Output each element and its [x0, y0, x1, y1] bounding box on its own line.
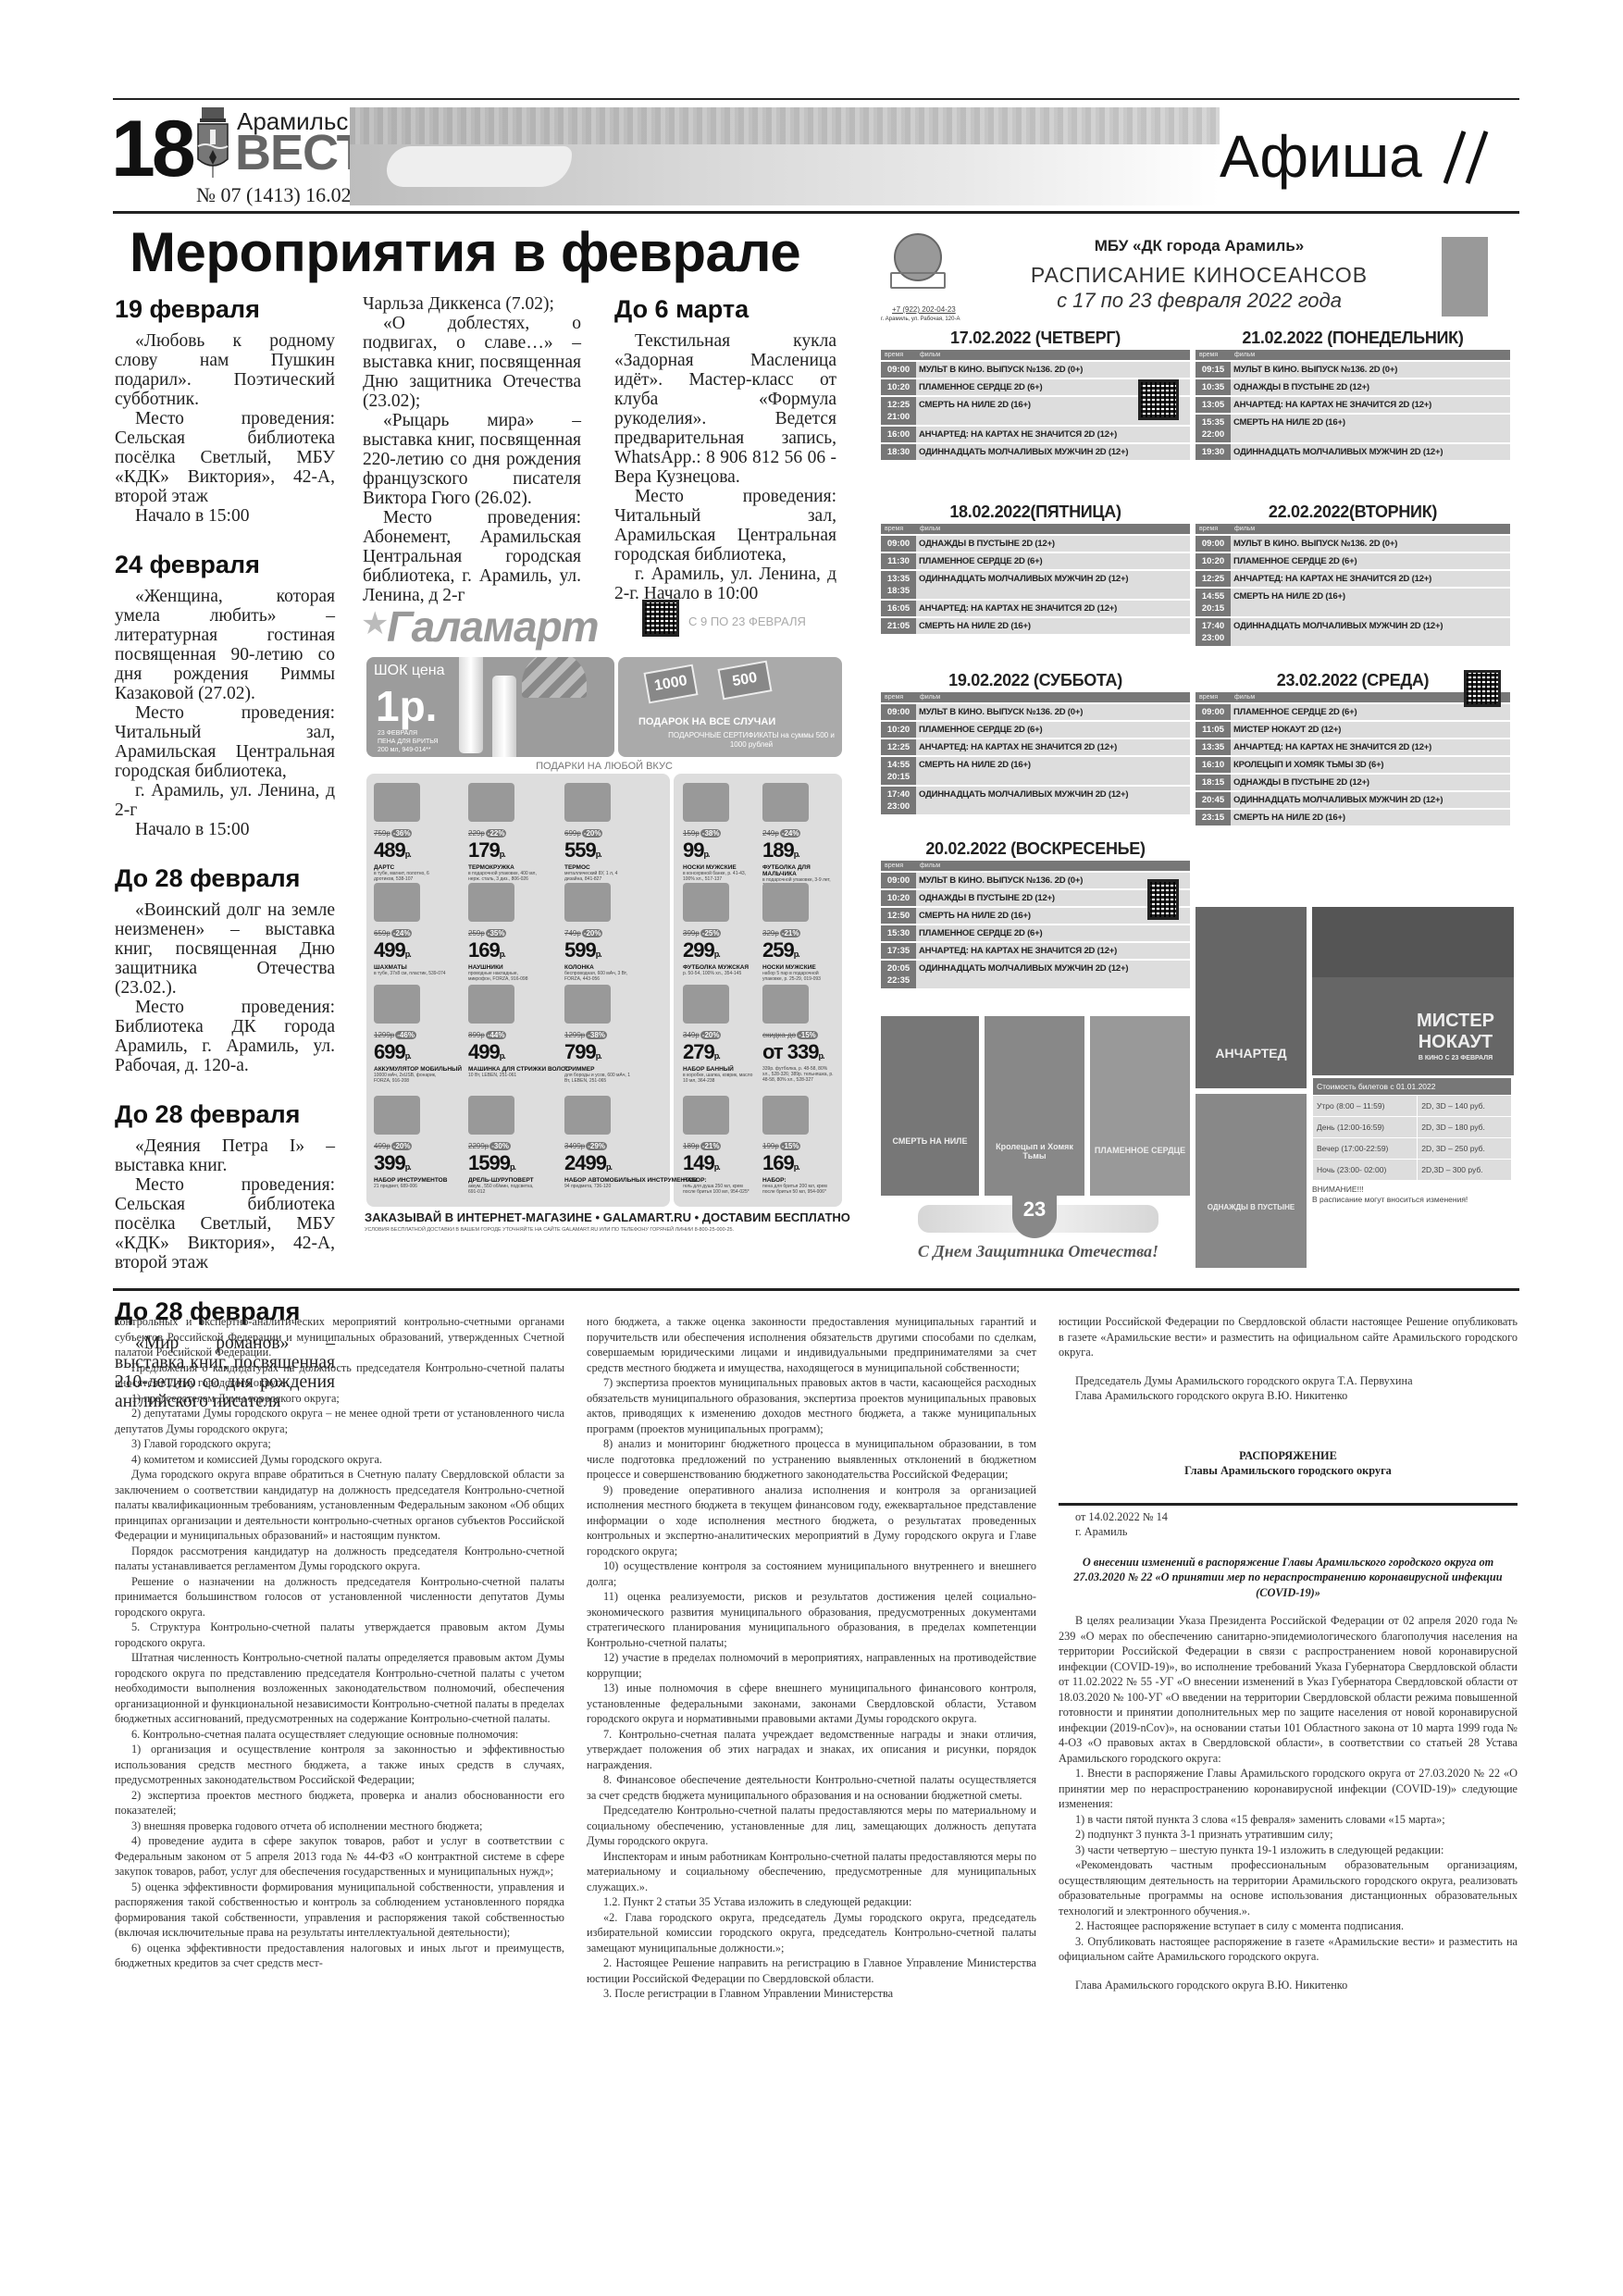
day-title: 18.02.2022(ПЯТНИЦА) [881, 502, 1190, 522]
qr-code-icon [1138, 379, 1179, 420]
product-image [683, 985, 729, 1024]
product-image [762, 783, 809, 822]
discount-badge: -24% [780, 829, 801, 838]
col-film-header: фильм [916, 350, 1190, 360]
discount-badge: -38% [586, 1031, 607, 1039]
product-image [374, 1096, 420, 1135]
day-schedule: 19.02.2022 (СУББОТА)времяфильм09:00МУЛЬТ… [881, 670, 1190, 816]
day-schedule: 20.02.2022 (ВОСКРЕСЕНЬЕ)времяфильм09:00М… [881, 838, 1190, 990]
product-image [762, 1096, 809, 1135]
showtime: 12:25 [1196, 571, 1231, 587]
order-subtitle: Главы Арамильского городского округа [1059, 1463, 1518, 1479]
doc-paragraph: 10) осуществление контроля за состоянием… [587, 1558, 1036, 1589]
day-title: 21.02.2022 (ПОНЕДЕЛЬНИК) [1196, 328, 1510, 348]
doc-paragraph: 4) комитетом и комиссией Думы городского… [115, 1452, 564, 1468]
schedule-row: 11:05МИСТЕР НОКАУТ 2D (12+) [1196, 722, 1510, 738]
showtime: 09:00 [881, 873, 916, 888]
schedule-row: 20:0522:35ОДИННАДЦАТЬ МОЛЧАЛИВЫХ МУЖЧИН … [881, 961, 1190, 988]
schedule-row: 10:20ОДНАЖДЫ В ПУСТЫНЕ 2D (12+) [881, 890, 1190, 906]
schedule-row: 09:00МУЛЬТ В КИНО. ВЫПУСК №136. 2D (0+) [881, 704, 1190, 720]
schedule-row: 12:25АНЧАРТЕД: НА КАРТАХ НЕ ЗНАЧИТСЯ 2D … [881, 739, 1190, 755]
qr-code-icon [642, 600, 679, 637]
page-number: 18 [111, 109, 192, 189]
schedule-row: 10:20ПЛАМЕННОЕ СЕРДЦЕ 2D (6+) [1196, 553, 1510, 569]
film-title: ОДИННАДЦАТЬ МОЛЧАЛИВЫХ МУЖЧИН 2D (12+) [916, 571, 1190, 599]
product-name: ФУТБОЛКА ДЛЯ МАЛЬЧИКА [762, 864, 844, 877]
showtime: 18:15 [1196, 775, 1231, 790]
discount-badge: -21% [780, 929, 801, 937]
product-image [683, 783, 729, 822]
schedule-row: 09:00МУЛЬТ В КИНО. ВЫПУСК №136. 2D (0+) [1196, 536, 1510, 552]
product-price: 699р. [374, 1042, 462, 1066]
showtime: 12:25 [881, 739, 916, 755]
film-title: МУЛЬТ В КИНО. ВЫПУСК №136. 2D (0+) [1231, 362, 1510, 378]
doc-paragraph: 1) организация и осуществление контроля … [115, 1742, 564, 1788]
schedule-row: 16:10КРОЛЕЦЫП И ХОМЯК ТЬМЫ 3D (6+) [1196, 757, 1510, 773]
doc-paragraph: В целях реализации Указа Президента Росс… [1059, 1613, 1518, 1766]
schedule-row: 09:15МУЛЬТ В КИНО. ВЫПУСК №136. 2D (0+) [1196, 362, 1510, 378]
product-item: 159р-38%99р.НОСКИ МУЖСКИЕв консервной ба… [683, 783, 755, 882]
product-name: ДРЕЛЬ-ШУРУПОВЕРТ [468, 1177, 540, 1184]
doc-paragraph: 6) оценка эффективности предоставления н… [115, 1941, 564, 1971]
header-rule [113, 211, 1519, 214]
poster-flaming-heart: ПЛАМЕННОЕ СЕРДЦЕ [1090, 1016, 1190, 1196]
doc-paragraph: 3) внешняя проверка годового отчета об и… [115, 1818, 564, 1834]
product-image [564, 1096, 611, 1135]
event-text: «Любовь к родному слову нам Пушкин подар… [115, 331, 335, 409]
discount-badge: -20% [582, 929, 603, 937]
cinema-address: г. Арамиль, ул. Рабочая, 120-А [881, 316, 960, 322]
product-name: ШАХМАТЫ [374, 964, 446, 971]
doc-paragraph: 2. Настоящее распоряжение вступает в сил… [1059, 1918, 1518, 1934]
doc-paragraph: Инспекторам и иным работникам Контрольно… [587, 1849, 1036, 1895]
product-price: 399р. [374, 1153, 447, 1177]
discount-badge: -20% [700, 1031, 722, 1039]
ticket-prices-table: Стоимость билетов с 01.01.2022 Утро (8:0… [1312, 1077, 1512, 1181]
doc-paragraph: 12) участие в пределах полномочий в меро… [587, 1650, 1036, 1681]
event-text: «О доблестях, о подвигах, о славе…» – вы… [363, 314, 581, 411]
doc-paragraph: 9) проведение оперативного анализа испол… [587, 1483, 1036, 1559]
schedule-row: 10:35ОДНАЖДЫ В ПУСТЫНЕ 2D (12+) [1196, 379, 1510, 395]
product-item: 659р-24%499р.ШАХМАТЫв тубе, 37х8 см, пла… [374, 883, 446, 976]
discount-badge: -15% [780, 1142, 801, 1150]
film-title: АНЧАРТЕД: НА КАРТАХ НЕ ЗНАЧИТСЯ 2D (12+) [1231, 571, 1510, 587]
section-title: Афиша [1220, 122, 1422, 191]
product-item: 759р-36%489р.ДАРТСв тубе, магнит, полотн… [374, 783, 446, 882]
event-text: Чарльза Диккенса (7.02); [363, 294, 581, 314]
day-schedule: 21.02.2022 (ПОНЕДЕЛЬНИК)времяфильм09:15М… [1196, 328, 1510, 462]
old-price: 2299р [468, 1142, 489, 1150]
doc-paragraph: 4) проведение аудита в сфере закупок тов… [115, 1833, 564, 1880]
product-desc: в тубе, магнит, полотно, 6 дротиков, 538… [374, 871, 446, 882]
day-schedule: 23.02.2022 (СРЕДА)времяфильм09:00ПЛАМЕНН… [1196, 670, 1510, 827]
film-title: АНЧАРТЕД: НА КАРТАХ НЕ ЗНАЧИТСЯ 2D (12+) [916, 739, 1190, 755]
doc-paragraph: контрольных и экспертно-аналитических ме… [115, 1314, 564, 1360]
poster-mister-knockout: МИСТЕР НОКАУТВ КИНО С 23 ФЕВРАЛЯ [1312, 977, 1514, 1075]
star-icon: ★ [361, 605, 389, 642]
product-item: 199р-15%169р.НАБОР:пена для бритья 200 м… [762, 1096, 835, 1195]
doc-paragraph: Штатная численность Контрольно-счетной п… [115, 1650, 564, 1727]
product-image [468, 985, 514, 1024]
film-title: СМЕРТЬ НА НИЛЕ 2D (16+) [1231, 810, 1510, 825]
schedule-row: 09:00МУЛЬТ В КИНО. ВЫПУСК №136. 2D (0+) [881, 362, 1190, 378]
product-image [762, 883, 809, 922]
discount-badge: -46% [395, 1031, 416, 1039]
product-item: 499р-20%399р.НАБОР ИНСТРУМЕНТОВ21 предме… [374, 1096, 447, 1189]
showtime: 11:05 [1196, 722, 1231, 738]
events-column-3: До 6 марта Текстильная кукла «Задорная М… [614, 294, 836, 603]
event-item: До 28 февраля «Воинский долг на земле не… [115, 863, 335, 1075]
poster-mult-v-kino [1442, 237, 1488, 316]
order-signature: Глава Арамильского городского округа В.Ю… [1059, 1978, 1518, 1993]
discount-badge: -36% [391, 829, 413, 838]
product-item: 749р-20%599р.КОЛОНКАбеспроводная, 600 мА… [564, 883, 637, 982]
showtime: 20:45 [1196, 792, 1231, 808]
schedule-row: 12:25АНЧАРТЕД: НА КАРТАХ НЕ ЗНАЧИТСЯ 2D … [1196, 571, 1510, 587]
product-item: скидка до-15%от 339р.339р. футболка, р. … [762, 985, 835, 1083]
discount-badge: -29% [586, 1142, 607, 1150]
doc-paragraph: Председателю Контрольно-счетной палаты п… [587, 1803, 1036, 1849]
discount-badge: -25% [700, 929, 722, 937]
schedule-row: 10:20ПЛАМЕННОЕ СЕРДЦЕ 2D (6+) [881, 722, 1190, 738]
showtime: 15:3522:00 [1196, 415, 1231, 442]
film-title: ОДНАЖДЫ В ПУСТЫНЕ 2D (12+) [1231, 379, 1510, 395]
product-item: 1299р-46%699р.АККУМУЛЯТОР МОБИЛЬНЫЙ10000… [374, 985, 462, 1084]
product-desc: в консервной банке, р. 41-43, 100% хл., … [683, 871, 755, 882]
film-title: СМЕРТЬ НА НИЛЕ 2D (16+) [916, 618, 1190, 634]
film-title: ОДИННАДЦАТЬ МОЛЧАЛИВЫХ МУЖЧИН 2D (12+) [1231, 618, 1510, 646]
signature-head: Глава Арамильского городского округа В.Ю… [1059, 1388, 1518, 1404]
col-time-header: время [1196, 350, 1231, 360]
cinema-period: с 17 по 23 февраля 2022 года [881, 289, 1518, 313]
discount-badge: -35% [486, 929, 507, 937]
product-image [468, 1096, 514, 1135]
film-title: ОДИННАДЦАТЬ МОЛЧАЛИВЫХ МУЖЧИН 2D (12+) [916, 444, 1190, 460]
product-image [683, 1096, 729, 1135]
prices-title: Стоимость билетов с 01.01.2022 [1313, 1078, 1511, 1095]
shock-price: 1р. [376, 681, 437, 731]
film-title: АНЧАРТЕД: НА КАРТАХ НЕ ЗНАЧИТСЯ 2D (12+) [1231, 739, 1510, 755]
product-price: 489р. [374, 840, 446, 864]
day-title: 23.02.2022 (СРЕДА) [1196, 670, 1510, 690]
event-address: г. Арамиль, ул. Ленина, д 2-г. Начало в … [614, 565, 836, 603]
doc-paragraph: 7. Контрольно-счетная палата учреждает в… [587, 1727, 1036, 1773]
cinema-title: РАСПИСАНИЕ КИНОСЕАНСОВ [881, 263, 1518, 288]
product-name: ТРИММЕР [564, 1066, 637, 1073]
discount-badge: -20% [391, 1142, 413, 1150]
old-price: 1299р [374, 1031, 394, 1039]
col-time-header: время [881, 524, 916, 534]
showtime: 14:5520:15 [1196, 589, 1231, 616]
film-title: СМЕРТЬ НА НИЛЕ 2D (16+) [916, 757, 1190, 785]
film-title: ОДИННАДЦАТЬ МОЛЧАЛИВЫХ МУЖЧИН 2D (12+) [1231, 792, 1510, 808]
col-time-header: время [1196, 524, 1231, 534]
doc-paragraph: юстиции Российской Федерации по Свердлов… [1059, 1314, 1518, 1360]
doc-paragraph: 3) части четвертую – шестую пункта 19-1 … [1059, 1843, 1518, 1858]
doc-paragraph: 7) экспертиза проектов муниципальных пра… [587, 1375, 1036, 1436]
schedule-row: 13:35АНЧАРТЕД: НА КАРТАХ НЕ ЗНАЧИТСЯ 2D … [1196, 739, 1510, 755]
showtime: 12:2521:00 [881, 397, 916, 425]
discount-badge: -30% [489, 1142, 511, 1150]
showtime: 11:30 [881, 553, 916, 569]
shock-caption: 23 ФЕВРАЛЯ ПЕНА ДЛЯ БРИТЬЯ 200 мл, 949-0… [378, 729, 439, 754]
film-title: АНЧАРТЕД: НА КАРТАХ НЕ ЗНАЧИТСЯ 2D (12+) [916, 943, 1190, 959]
event-venue: Место проведения: Сельская библиотека по… [115, 1175, 335, 1272]
product-name: НОСКИ МУЖСКИЕ [762, 964, 835, 971]
discount-badge: -44% [486, 1031, 507, 1039]
product-item: 229р-22%179р.ТЕРМОКРУЖКАв подарочной упа… [468, 783, 540, 882]
event-date: До 28 февраля [115, 863, 335, 893]
ad-footer: ЗАКАЗЫВАЙ В ИНТЕРНЕТ-МАГАЗИНЕ • GALAMART… [365, 1210, 844, 1224]
event-date: 19 февраля [115, 294, 335, 324]
product-desc: проводные накладные, микрофон, FORZA, 91… [468, 971, 540, 982]
shock-price-banner: ШОК цена 1р. 23 ФЕВРАЛЯ ПЕНА ДЛЯ БРИТЬЯ … [366, 657, 614, 757]
showtime: 10:20 [881, 379, 916, 395]
parachute-image [522, 657, 587, 698]
film-title: ОДИННАДЦАТЬ МОЛЧАЛИВЫХ МУЖЧИН 2D (12+) [916, 961, 1190, 988]
schedule-row: 17:4023:00ОДИННАДЦАТЬ МОЛЧАЛИВЫХ МУЖЧИН … [1196, 618, 1510, 646]
doc-paragraph: 2) экспертиза проектов местного бюджета,… [115, 1788, 564, 1818]
schedule-row: 14:5520:15СМЕРТЬ НА НИЛЕ 2D (16+) [1196, 589, 1510, 616]
showtime: 16:10 [1196, 757, 1231, 773]
doc-paragraph: 13) иные полномочия в сфере внешнего мун… [587, 1681, 1036, 1727]
showtime: 09:00 [881, 704, 916, 720]
doc-paragraph: 1) председателем Думы городского округа; [115, 1391, 564, 1407]
product-desc: беспроводная, 600 мАч, 3 Вт, FORZA, 443-… [564, 971, 637, 982]
cinema-schedule: +7 (922) 202-04-23 г. Арамиль, ул. Рабоч… [881, 231, 1518, 1272]
event-venue: Место проведения: Сельская библиотека по… [115, 409, 335, 506]
schedule-row: 13:3518:35ОДИННАДЦАТЬ МОЛЧАЛИВЫХ МУЖЧИН … [881, 571, 1190, 599]
showtime: 10:35 [1196, 379, 1231, 395]
product-image [374, 783, 420, 822]
old-price: 399р [683, 929, 700, 937]
day-title: 19.02.2022 (СУББОТА) [881, 670, 1190, 690]
doc-paragraph: «Рекомендовать частным профессиональным … [1059, 1857, 1518, 1918]
film-title: ОДИННАДЦАТЬ МОЛЧАЛИВЫХ МУЖЧИН 2D (12+) [1231, 444, 1510, 460]
product-name: НОСКИ МУЖСКИЕ [683, 864, 755, 871]
film-title: МУЛЬТ В КИНО. ВЫПУСК №136. 2D (0+) [1231, 536, 1510, 552]
event-time: Начало в 15:00 [115, 506, 335, 526]
old-price: 259р [468, 929, 485, 937]
doc-paragraph: 1) в части пятой пункта 3 слова «15 февр… [1059, 1812, 1518, 1828]
showtime: 09:00 [1196, 536, 1231, 552]
doc-paragraph: ного бюджета, а также оценка законности … [587, 1314, 1036, 1375]
film-title: АНЧАРТЕД: НА КАРТАХ НЕ ЗНАЧИТСЯ 2D (12+) [916, 427, 1190, 442]
discount-badge: -15% [797, 1031, 818, 1039]
product-desc: в тубе, 37х8 см, пластик, 539-074 [374, 971, 446, 976]
film-title: ОДНАЖДЫ В ПУСТЫНЕ 2D (12+) [916, 536, 1190, 552]
product-price: 189р. [762, 840, 844, 864]
col-time-header: время [1196, 692, 1231, 702]
film-title: ОДИННАДЦАТЬ МОЛЧАЛИВЫХ МУЖЧИН 2D (12+) [916, 787, 1190, 814]
doc-paragraph: 6. Контрольно-счетная палата осуществляе… [115, 1727, 564, 1743]
col-film-header: фильм [916, 524, 1190, 534]
product-desc: 94 предмета, 736-120 [564, 1184, 637, 1189]
showtime: 13:35 [1196, 739, 1231, 755]
product-desc: в коробке, шапка, коврик, масло 10 мл, 3… [683, 1073, 755, 1084]
showtime: 18:30 [881, 444, 916, 460]
product-name: НАБОР ИНСТРУМЕНТОВ [374, 1177, 447, 1184]
schedule-row: 16:05АНЧАРТЕД: НА КАРТАХ НЕ ЗНАЧИТСЯ 2D … [881, 601, 1190, 616]
event-text: «Деяния Петра I» – выставка книг. [115, 1136, 335, 1175]
col-time-header: время [881, 861, 916, 871]
showtime: 16:05 [881, 601, 916, 616]
film-title: МУЛЬТ В КИНО. ВЫПУСК №136. 2D (0+) [916, 704, 1190, 720]
product-desc: 10 Вт, LEBEN, 251-061 [468, 1073, 540, 1078]
product-desc: гель для душа 250 мл, крем после бритья … [683, 1184, 755, 1195]
col-film-header: фильм [916, 692, 1190, 702]
event-date: 24 февраля [115, 550, 335, 579]
doc-paragraph: Решение о назначении на должность предсе… [115, 1574, 564, 1620]
poster-once-in-desert: ОДНАЖДЫ В ПУСТЫНЕ [1196, 1094, 1307, 1268]
showtime: 23:15 [1196, 810, 1231, 825]
event-venue: Место проведения: Библиотека ДК города А… [115, 998, 335, 1075]
product-price: 799р. [564, 1042, 637, 1066]
product-desc: пена для бритья 200 мл, крем после брить… [762, 1184, 835, 1195]
showtime: 17:35 [881, 943, 916, 959]
showtime: 13:3518:35 [881, 571, 916, 599]
schedule-row: 21:05СМЕРТЬ НА НИЛЕ 2D (16+) [881, 618, 1190, 634]
shaving-foam-can [459, 657, 483, 753]
product-image [374, 883, 420, 922]
product-price: 499р. [374, 940, 446, 964]
product-price: 259р. [762, 940, 835, 964]
showtime: 20:0522:35 [881, 961, 916, 988]
showtime: 09:00 [1196, 704, 1231, 720]
schedule-table: времяфильм09:00МУЛЬТ В КИНО. ВЫПУСК №136… [1196, 522, 1510, 648]
event-venue: Место проведения: Читальный зал, Арамиль… [115, 703, 335, 781]
product-desc: аккум., 550 об/мин, подсветка, 691-012 [468, 1184, 540, 1195]
events-column-1: 19 февраля «Любовь к родному слову нам П… [115, 294, 335, 1435]
product-name: МАШИНКА ДЛЯ СТРИЖКИ ВОЛОС [468, 1066, 570, 1073]
showtime: 12:50 [881, 908, 916, 924]
galamart-logo: Галамарт [387, 602, 599, 652]
showtime: 19:30 [1196, 444, 1231, 460]
product-desc: металлический 8У, 1 л, 4 дизайна, 841-82… [564, 871, 637, 882]
showtime: 17:4023:00 [881, 787, 916, 814]
event-item: 24 февраля «Женщина, которая умела любит… [115, 550, 335, 839]
product-image [683, 883, 729, 922]
product-desc: 10000 мАч, 2хUSB, фонарик, FORZA, 916-20… [374, 1073, 446, 1084]
product-desc: 21 предмет, 689-006 [374, 1184, 446, 1189]
day-title: 17.02.2022 (ЧЕТВЕРГ) [881, 328, 1190, 348]
showtime: 10:20 [881, 722, 916, 738]
product-item: 259р-35%169р.НАУШНИКИпроводные накладные… [468, 883, 540, 982]
film-title: КРОЛЕЦЫП И ХОМЯК ТЬМЫ 3D (6+) [1231, 757, 1510, 773]
showtime: 09:15 [1196, 362, 1231, 378]
schedule-row: 20:45ОДИННАДЦАТЬ МОЛЧАЛИВЫХ МУЖЧИН 2D (1… [1196, 792, 1510, 808]
events-title: Мероприятия в феврале [130, 220, 800, 284]
schedule-row: 13:05АНЧАРТЕД: НА КАРТАХ НЕ ЗНАЧИТСЯ 2D … [1196, 397, 1510, 413]
event-text: «Воинский долг на земле неизменен» – выс… [115, 900, 335, 998]
doc-paragraph: 3. После регистрации в Главном Управлени… [587, 1986, 1036, 2002]
qr-code-icon [1147, 879, 1179, 920]
old-price: 699р [564, 829, 581, 838]
event-venue: Место проведения: Абонемент, Арамильская… [363, 508, 581, 605]
showtime: 10:20 [1196, 553, 1231, 569]
product-name: НАБОР: [683, 1177, 755, 1184]
schedule-row: 18:30ОДИННАДЦАТЬ МОЛЧАЛИВЫХ МУЖЧИН 2D (1… [881, 444, 1190, 460]
event-text: «Рыцарь мира» – выставка книг, посвященн… [363, 411, 581, 508]
product-image [564, 985, 611, 1024]
showtime: 13:05 [1196, 397, 1231, 413]
product-price: 499р. [468, 1042, 570, 1066]
doc-column-3: юстиции Российской Федерации по Свердлов… [1059, 1314, 1518, 1992]
product-item: 699р-20%559р.ТЕРМОСметаллический 8У, 1 л… [564, 783, 637, 882]
doc-paragraph: 11) оценка реализуемости, рисков и резул… [587, 1589, 1036, 1650]
film-title: АНЧАРТЕД: НА КАРТАХ НЕ ЗНАЧИТСЯ 2D (12+) [1231, 397, 1510, 413]
product-item: 399р-25%299р.ФУТБОЛКА МУЖСКАЯр. 50-54, 1… [683, 883, 755, 976]
film-title: СМЕРТЬ НА НИЛЕ 2D (16+) [1231, 415, 1510, 442]
shock-label: ШОК цена [374, 663, 445, 679]
schedule-row: 11:30ПЛАМЕННОЕ СЕРДЦЕ 2D (6+) [881, 553, 1190, 569]
order-date: от 14.02.2022 № 14 [1059, 1509, 1518, 1525]
product-name: КОЛОНКА [564, 964, 637, 971]
product-name: НАУШНИКИ [468, 964, 540, 971]
doc-column-2: ного бюджета, а также оценка законности … [587, 1314, 1036, 2002]
cinema-org: МБУ «ДК города Арамиль» [881, 237, 1518, 255]
product-price: 169р. [762, 1153, 835, 1177]
doc-paragraph: 2. Настоящее Решение направить на регист… [587, 1955, 1036, 1986]
product-image [762, 985, 809, 1024]
product-price: от 339р. [762, 1042, 835, 1066]
col-time-header: время [881, 692, 916, 702]
product-desc: 339р. футболка, р. 48-58, 80% хл., 528-3… [762, 1066, 835, 1083]
product-desc: в подарочной упаковке, 400 мл, нерж. ста… [468, 871, 540, 882]
event-date: До 6 марта [614, 294, 836, 324]
poster-uncharted: АНЧАРТЕД [1196, 907, 1307, 1088]
day-schedule: 22.02.2022(ВТОРНИК)времяфильм09:00МУЛЬТ … [1196, 502, 1510, 648]
product-name: НАБОР АВТОМОБИЛЬНЫХ ИНСТРУМЕНТОВ [564, 1177, 698, 1184]
film-title: МИСТЕР НОКАУТ 2D (12+) [1231, 722, 1510, 738]
col-film-header: фильм [1231, 524, 1510, 534]
product-price: 299р. [683, 940, 755, 964]
discount-badge: -38% [700, 829, 722, 838]
discount-badge: -22% [486, 829, 507, 838]
product-price: 559р. [564, 840, 637, 864]
event-item: До 28 февраля «Деяния Петра I» – выставк… [115, 1099, 335, 1272]
old-price: 229р [468, 829, 485, 838]
order-title: РАСПОРЯЖЕНИЕ [1059, 1448, 1518, 1464]
old-price: 659р [374, 929, 390, 937]
film-title: ПЛАМЕННОЕ СЕРДЦЕ 2D (6+) [916, 925, 1190, 941]
product-item: 329р-21%259р.НОСКИ МУЖСКИЕнабор 5 пар в … [762, 883, 835, 982]
film-title: ПЛАМЕННОЕ СЕРДЦЕ 2D (6+) [1231, 553, 1510, 569]
schedule-row: 15:30ПЛАМЕННОЕ СЕРДЦЕ 2D (6+) [881, 925, 1190, 941]
product-item: 3499р-29%2499р.НАБОР АВТОМОБИЛЬНЫХ ИНСТР… [564, 1096, 698, 1189]
schedule-row: 09:00ПЛАМЕННОЕ СЕРДЦЕ 2D (6+) [1196, 704, 1510, 720]
col-film-header: фильм [1231, 350, 1510, 360]
product-image [564, 783, 611, 822]
schedule-row: 18:15ОДНАЖДЫ В ПУСТЫНЕ 2D (12+) [1196, 775, 1510, 790]
day-title: 22.02.2022(ВТОРНИК) [1196, 502, 1510, 522]
old-price: 349р [683, 1031, 700, 1039]
shield-23-icon: 23 [1012, 1188, 1057, 1238]
product-name: ДАРТС [374, 864, 446, 871]
defender-day-greeting: 23 С Днем Защитника Отечества! [899, 1183, 1177, 1266]
product-name: НАБОР БАННЫЙ [683, 1066, 755, 1073]
gifts-section-title: ПОДАРКИ НА ЛЮБОЙ ВКУС [365, 761, 844, 772]
old-price: 1299р [564, 1031, 585, 1039]
day-schedule: 18.02.2022(ПЯТНИЦА)времяфильм09:00ОДНАЖД… [881, 502, 1190, 636]
coat-of-arms-icon [194, 105, 231, 180]
film-title: АНЧАРТЕД: НА КАРТАХ НЕ ЗНАЧИТСЯ 2D (12+) [916, 601, 1190, 616]
schedule-table: времяфильм09:00ПЛАМЕННОЕ СЕРДЦЕ 2D (6+)1… [1196, 690, 1510, 827]
product-name: НАБОР: [762, 1177, 835, 1184]
event-text: «Женщина, которая умела любить» – литера… [115, 587, 335, 703]
product-item: 1299р-38%799р.ТРИММЕРдля бороды и усов, … [564, 985, 637, 1084]
product-price: 599р. [564, 940, 637, 964]
